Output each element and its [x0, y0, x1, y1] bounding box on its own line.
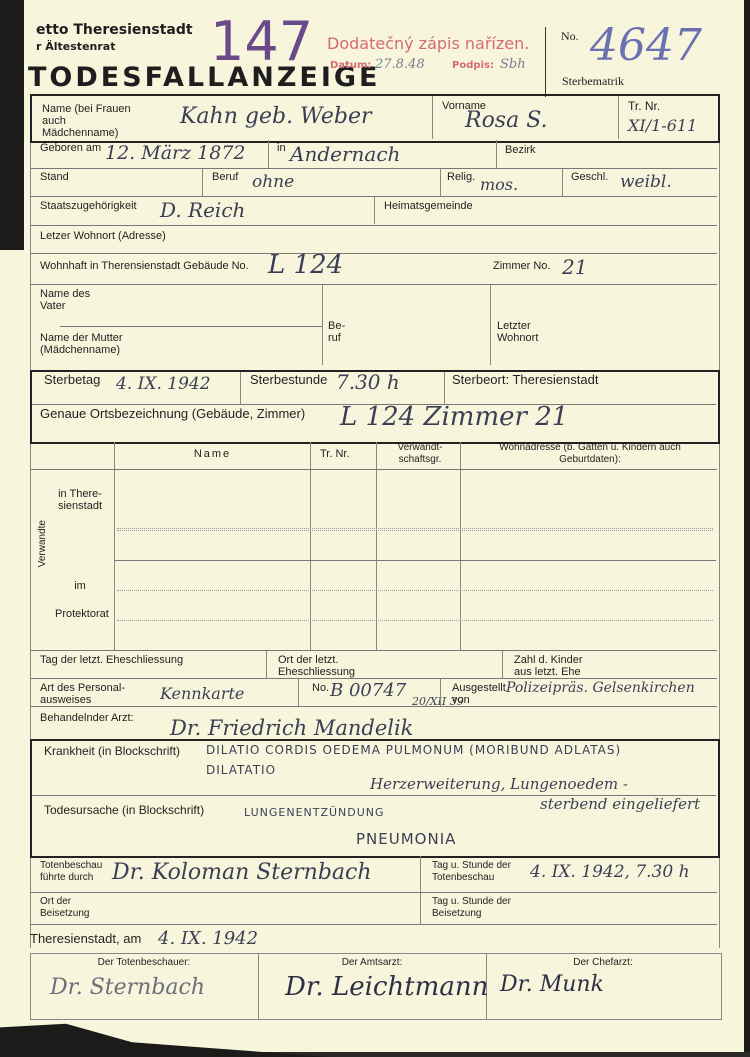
sig3-value: Dr. Munk: [500, 972, 604, 997]
staats-label: Staatszugehörigkeit: [40, 200, 137, 212]
sterbeort-label: Sterbeort: Theresienstadt: [452, 374, 598, 386]
trnr-value: XI/1-611: [628, 116, 697, 135]
name-label: Name (bei Frauen auch Mädchenname): [42, 103, 132, 139]
geschl-label: Geschl.: [571, 171, 608, 183]
beschau-durch-label: Totenbeschau führte durch: [40, 860, 115, 884]
ortsbez-value: L 124 Zimmer 21: [340, 402, 568, 432]
ausweis-ausgestellt-label: Ausgestellt von: [452, 682, 497, 706]
geschl-value: weibl.: [620, 172, 672, 192]
marriage-ort-label: Ort der letzt. Eheschliessung: [278, 654, 358, 678]
stamp-datum-value: 27.8.48: [375, 57, 425, 72]
form-title: TODESFALLANZEIGE: [28, 62, 381, 93]
place-label: Theresienstadt, am: [30, 933, 141, 945]
krankheit-line2: DILATATIO: [206, 763, 276, 777]
group-theresienstadt: in There- sienstadt: [55, 488, 105, 512]
handwritten-number: 147: [210, 10, 313, 73]
wohnhaft-label: Wohnhaft in Therensienstadt Gebäude No.: [40, 260, 249, 272]
torn-edge-bottom: [0, 1020, 330, 1057]
name-value: Kahn geb. Weber: [180, 104, 372, 129]
stamp-podpis-label: Podpis:: [452, 60, 494, 71]
arzt-label: Behandelnder Arzt:: [40, 712, 134, 724]
relig-value: mos.: [480, 175, 518, 194]
mutter-label: Name der Mutter (Mädchenname): [40, 332, 160, 356]
col-name: Name: [115, 448, 310, 460]
arzt-value: Dr. Friedrich Mandelik: [170, 716, 413, 740]
document-page: etto Theresienstadt r Ältestenrat TODESF…: [0, 0, 750, 1052]
group-protektorat: im Protektorat: [55, 572, 105, 628]
letzter-label: Letzter Wohnort: [497, 320, 547, 344]
krankheit-line1: DILATIO CORDIS OEDEMA PULMONUM (MORIBUND…: [206, 743, 621, 757]
ausweis-ausgestellt-value: Polizeipräs. Gelsenkirchen: [506, 680, 695, 696]
ausweis-no-value: B 00747: [330, 680, 406, 701]
trnr-label: Tr. Nr.: [628, 100, 660, 112]
beschau-durch-value: Dr. Koloman Sternbach: [112, 860, 372, 885]
sig2-label: Der Amtsarzt:: [258, 957, 486, 969]
col-verwandtschaft: Verwandt- schaftsgr.: [385, 442, 455, 466]
staats-value: D. Reich: [160, 198, 245, 222]
krankheit-label: Krankheit (in Blockschrift): [44, 745, 180, 757]
beruf2-label: Be- ruf: [328, 320, 348, 344]
sig1-value: Dr. Sternbach: [50, 975, 205, 1000]
ausweis-art-label: Art des Personal- ausweises: [40, 682, 140, 706]
name-row: [30, 94, 720, 143]
vater-label: Name des Vater: [40, 288, 110, 312]
in-value: Andernach: [290, 142, 400, 166]
verwandte-label: Verwandte: [37, 520, 49, 567]
beschau-tag-value: 4. IX. 1942, 7.30 h: [530, 862, 690, 882]
todesursache-label: Todesursache (in Blockschrift): [44, 804, 204, 816]
sterbestunde-value: 7.30 h: [336, 370, 400, 394]
wohnhaft-value: L 124: [268, 250, 343, 280]
zimmer-value: 21: [562, 255, 587, 279]
krankheit-line4: sterbend eingeliefert: [540, 795, 700, 813]
no-label: No.: [561, 30, 579, 42]
sterbematrik-label: Sterbematrik: [562, 75, 624, 87]
vorname-value: Rosa S.: [465, 108, 548, 133]
col-wohnadresse: Wohnadresse (b. Gatten u. Kindern auch G…: [470, 442, 710, 466]
geboren-value: 12. März 1872: [105, 142, 246, 164]
beruf-value: ohne: [252, 172, 294, 192]
sig1-label: Der Totenbeschauer:: [30, 957, 258, 969]
todesursache-line1: LUNGENENTZÜNDUNG: [244, 806, 385, 819]
sig3-label: Der Chefarzt:: [486, 957, 720, 969]
stamp-text: Dodatečný zápis nařízen.: [327, 34, 529, 53]
bezirk-label: Bezirk: [505, 144, 536, 156]
ausweis-no-label: No.: [312, 682, 329, 694]
beruf-label: Beruf: [212, 171, 238, 183]
heimat-label: Heimatsgemeinde: [384, 200, 473, 212]
beschau-tag-label: Tag u. Stunde der Totenbeschau: [432, 860, 522, 884]
krankheit-line3: Herzerweiterung, Lungenoedem -: [370, 775, 628, 793]
no-value: 4647: [590, 20, 702, 71]
zimmer-label: Zimmer No.: [493, 260, 550, 272]
col-trnr: Tr. Nr.: [320, 448, 350, 460]
in-label: in: [277, 142, 286, 154]
torn-edge: [0, 0, 24, 250]
letzter-wohnort-label: Letzer Wohnort (Adresse): [40, 230, 166, 242]
beisetzung-tag-label: Tag u. Stunde der Beisetzung: [432, 896, 522, 920]
todesursache-line2: PNEUMONIA: [356, 830, 456, 848]
sig2-value: Dr. Leichtmann: [285, 972, 488, 1002]
ausweis-art-value: Kennkarte: [160, 684, 244, 703]
sterbetag-value: 4. IX. 1942: [116, 374, 211, 394]
place-date: 4. IX. 1942: [158, 928, 258, 949]
beisetzung-ort-label: Ort der Beisetzung: [40, 896, 110, 920]
stand-label: Stand: [40, 171, 69, 183]
marriage-tag-label: Tag der letzt. Eheschliessung: [40, 654, 183, 666]
stamp-datum-label: Datum:: [330, 60, 371, 71]
geboren-label: Geboren am: [40, 142, 101, 154]
marriage-kinder-label: Zahl d. Kinder aus letzt. Ehe: [514, 654, 594, 678]
sterbetag-label: Sterbetag: [44, 374, 100, 386]
org-line-2: r Ältestenrat: [36, 40, 115, 53]
sterbestunde-label: Sterbestunde: [250, 374, 327, 386]
stamp-podpis-value: Sbh: [500, 57, 526, 72]
org-line-1: etto Theresienstadt: [36, 22, 193, 38]
relig-label: Relig.: [447, 171, 475, 183]
ortsbez-label: Genaue Ortsbezeichnung (Gebäude, Zimmer): [40, 408, 305, 420]
